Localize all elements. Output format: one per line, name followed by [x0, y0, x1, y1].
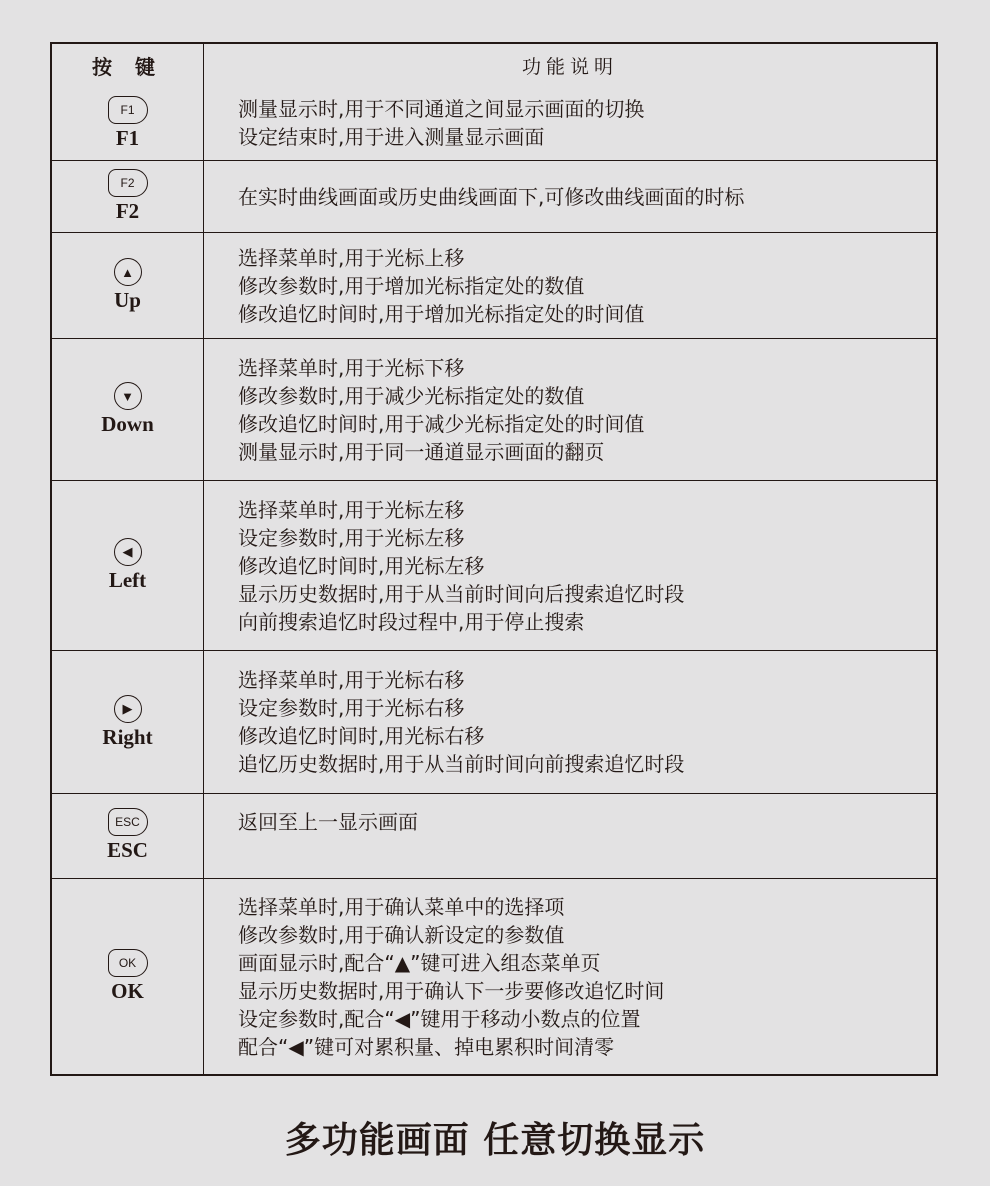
description-line: 配合“◀”键可对累积量、掉电累积时间清零 — [238, 1033, 936, 1061]
description-line: 向前搜索追忆时段过程中,用于停止搜索 — [238, 608, 936, 636]
table-row: OKOK选择菜单时,用于确认菜单中的选择项修改参数时,用于确认新设定的参数值画面… — [52, 878, 936, 1074]
description-line: 选择菜单时,用于光标左移 — [238, 496, 936, 524]
table-row: F1F1测量显示时,用于不同通道之间显示画面的切换设定结束时,用于进入测量显示画… — [52, 86, 936, 160]
caption: 多功能画面 任意切换显示 — [0, 1112, 990, 1163]
header-desc: 功能说明 — [522, 52, 618, 79]
description-cell: 选择菜单时,用于确认菜单中的选择项修改参数时,用于确认新设定的参数值画面显示时,… — [204, 879, 936, 1074]
table-row: F2F2在实时曲线画面或历史曲线画面下,可修改曲线画面的时标 — [52, 160, 936, 232]
description-line: 显示历史数据时,用于确认下一步要修改追忆时间 — [238, 977, 936, 1005]
key-down-icon: ▼ — [114, 382, 142, 410]
key-cell: ▼Down — [52, 339, 204, 480]
description-line: 选择菜单时,用于光标上移 — [238, 244, 936, 272]
description-line: 修改参数时,用于增加光标指定处的数值 — [238, 272, 936, 300]
description-line: 修改追忆时间时,用于增加光标指定处的时间值 — [238, 300, 936, 328]
key-function-table: 按 键 功能说明 F1F1测量显示时,用于不同通道之间显示画面的切换设定结束时,… — [50, 42, 938, 1076]
description-line: 设定参数时,配合“◀”键用于移动小数点的位置 — [238, 1005, 936, 1033]
key-label: Down — [101, 412, 154, 437]
description-cell: 选择菜单时,用于光标左移设定参数时,用于光标左移修改追忆时间时,用光标左移显示历… — [204, 481, 936, 650]
description-line: 在实时曲线画面或历史曲线画面下,可修改曲线画面的时标 — [238, 183, 936, 211]
key-cell: ◀Left — [52, 481, 204, 650]
key-cell: ▶Right — [52, 651, 204, 793]
description-line: 设定参数时,用于光标左移 — [238, 524, 936, 552]
description-line: 显示历史数据时,用于从当前时间向后搜索追忆时段 — [238, 580, 936, 608]
key-label: ESC — [107, 838, 148, 863]
key-label: OK — [111, 979, 144, 1004]
description-line: 修改追忆时间时,用于减少光标指定处的时间值 — [238, 410, 936, 438]
key-right-icon: ▶ — [114, 695, 142, 723]
header-key-cell: 按 键 — [52, 44, 204, 86]
description-line: 画面显示时,配合“▲”键可进入组态菜单页 — [238, 949, 936, 977]
key-up-icon: ▲ — [114, 258, 142, 286]
table-row: ▼Down选择菜单时,用于光标下移修改参数时,用于减少光标指定处的数值修改追忆时… — [52, 338, 936, 480]
key-ok-icon: OK — [108, 949, 148, 977]
description-line: 返回至上一显示画面 — [238, 808, 936, 836]
key-label: Right — [102, 725, 152, 750]
key-label: Left — [109, 568, 146, 593]
description-line: 设定参数时,用于光标右移 — [238, 694, 936, 722]
header-key: 按 键 — [92, 51, 163, 80]
description-cell: 选择菜单时,用于光标右移设定参数时,用于光标右移修改追忆时间时,用光标右移追忆历… — [204, 651, 936, 793]
key-cell: F1F1 — [52, 86, 204, 160]
description-cell: 在实时曲线画面或历史曲线画面下,可修改曲线画面的时标 — [204, 161, 936, 232]
header-desc-cell: 功能说明 — [204, 44, 936, 86]
key-left-icon: ◀ — [114, 538, 142, 566]
table-row: ◀Left选择菜单时,用于光标左移设定参数时,用于光标左移修改追忆时间时,用光标… — [52, 480, 936, 650]
description-line: 追忆历史数据时,用于从当前时间向前搜索追忆时段 — [238, 750, 936, 778]
key-cell: ▲Up — [52, 233, 204, 338]
description-line: 选择菜单时,用于光标下移 — [238, 354, 936, 382]
key-cell: F2F2 — [52, 161, 204, 232]
table-row: ▶Right选择菜单时,用于光标右移设定参数时,用于光标右移修改追忆时间时,用光… — [52, 650, 936, 793]
key-f1-icon: F1 — [108, 96, 148, 124]
description-cell: 返回至上一显示画面 — [204, 794, 936, 878]
description-line: 设定结束时,用于进入测量显示画面 — [238, 123, 936, 151]
table-header: 按 键 功能说明 — [52, 44, 936, 86]
description-cell: 选择菜单时,用于光标上移修改参数时,用于增加光标指定处的数值修改追忆时间时,用于… — [204, 233, 936, 338]
description-line: 修改参数时,用于减少光标指定处的数值 — [238, 382, 936, 410]
description-line: 测量显示时,用于同一通道显示画面的翻页 — [238, 438, 936, 466]
key-label: F2 — [116, 199, 139, 224]
description-line: 修改追忆时间时,用光标右移 — [238, 722, 936, 750]
description-line: 测量显示时,用于不同通道之间显示画面的切换 — [238, 95, 936, 123]
key-f2-icon: F2 — [108, 169, 148, 197]
description-cell: 测量显示时,用于不同通道之间显示画面的切换设定结束时,用于进入测量显示画面 — [204, 86, 936, 160]
table-row: ESCESC返回至上一显示画面 — [52, 793, 936, 878]
key-cell: OKOK — [52, 879, 204, 1074]
description-line: 选择菜单时,用于光标右移 — [238, 666, 936, 694]
description-line: 选择菜单时,用于确认菜单中的选择项 — [238, 893, 936, 921]
key-label: F1 — [116, 126, 139, 151]
key-esc-icon: ESC — [108, 808, 148, 836]
key-label: Up — [114, 288, 141, 313]
key-cell: ESCESC — [52, 794, 204, 878]
description-line: 修改参数时,用于确认新设定的参数值 — [238, 921, 936, 949]
description-line: 修改追忆时间时,用光标左移 — [238, 552, 936, 580]
description-cell: 选择菜单时,用于光标下移修改参数时,用于减少光标指定处的数值修改追忆时间时,用于… — [204, 339, 936, 480]
table-row: ▲Up选择菜单时,用于光标上移修改参数时,用于增加光标指定处的数值修改追忆时间时… — [52, 232, 936, 338]
